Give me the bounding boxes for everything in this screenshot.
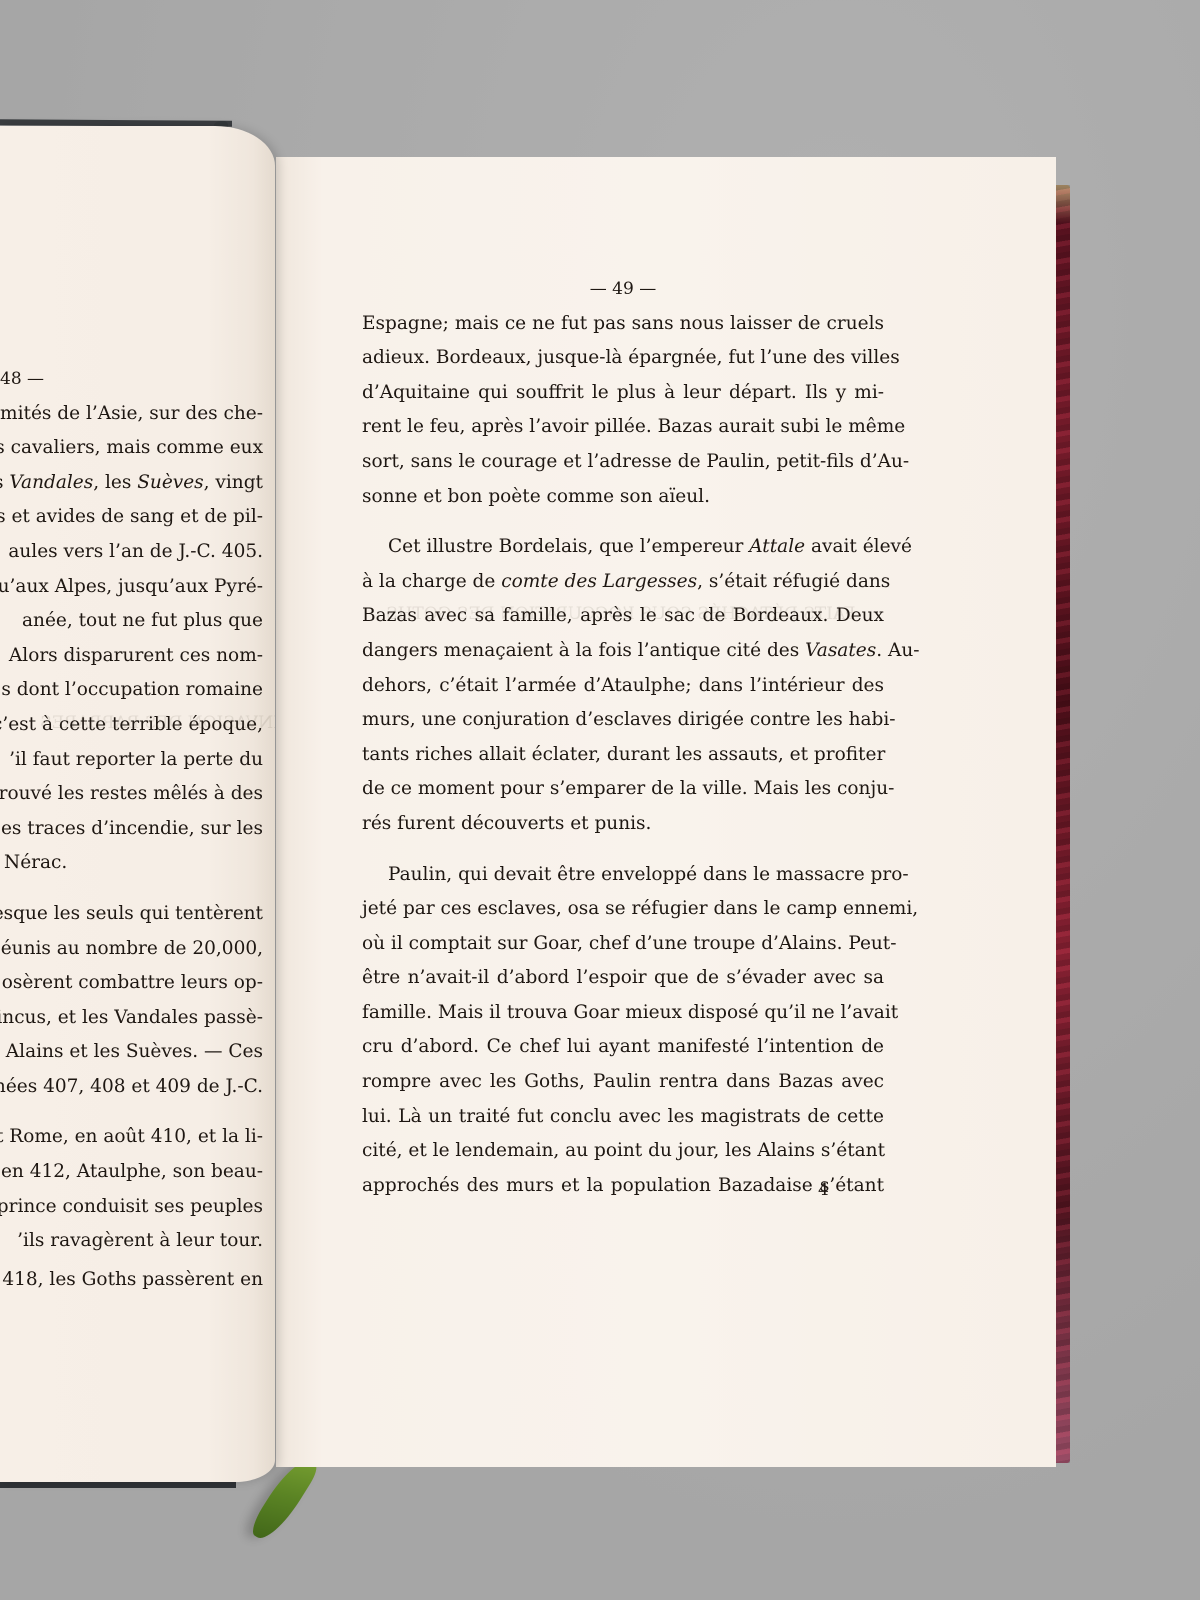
right-page-text: — 49 — Espagne; mais ce ne fut pas sans … bbox=[362, 272, 884, 1203]
text-line: de ce moment pour s’emparer de la ville.… bbox=[362, 772, 884, 807]
text-line: s Vandales, les Suèves, vingt bbox=[0, 466, 263, 501]
text-line: à la charge de comte des Largesses, s’ét… bbox=[362, 565, 884, 600]
text-line: es traces d’incendie, sur les bbox=[0, 812, 263, 847]
text-line: lui. Là un traité fut conclu avec les ma… bbox=[362, 1100, 884, 1135]
text-line: trouvé les restes mêlés à des bbox=[0, 777, 263, 812]
text-line: dangers menaçaient à la fois l’antique c… bbox=[362, 634, 884, 669]
text-line: Nérac. bbox=[0, 846, 263, 881]
text-line: qu’aux Alpes, jusqu’aux Pyré- bbox=[0, 570, 263, 605]
left-page: INVASION DES BARBARES 48 — émités de l’A… bbox=[0, 126, 275, 1482]
text-line: esque les seuls qui tentèrent bbox=[0, 897, 263, 932]
text-line: s et avides de sang et de pil- bbox=[0, 500, 263, 535]
text-line: approchés des murs et la population Baza… bbox=[362, 1169, 884, 1204]
text-line: les Alains et les Suèves. — Ces bbox=[0, 1035, 263, 1070]
text-line: t Rome, en août 410, et la li- bbox=[0, 1120, 263, 1155]
text-line: où il comptait sur Goar, chef d’une trou… bbox=[362, 927, 884, 962]
text-line: aincus, et les Vandales passè- bbox=[0, 1001, 263, 1036]
text-line: sort, sans le courage et l’adresse de Pa… bbox=[362, 445, 884, 480]
text-line: Alors disparurent ces nom- bbox=[0, 639, 263, 674]
text-line: jeté par ces esclaves, osa se réfugier d… bbox=[362, 892, 884, 927]
text-line: murs, une conjuration d’esclaves dirigée… bbox=[362, 703, 884, 738]
text-line: d’Aquitaine qui souffrit le plus à leur … bbox=[362, 376, 884, 411]
text-line: r prince conduisit ses peuples bbox=[0, 1190, 263, 1225]
signature-mark: 4 bbox=[818, 1180, 829, 1200]
text-line: émités de l’Asie, sur des che- bbox=[0, 397, 263, 432]
text-line: anée, tout ne fut plus que bbox=[0, 604, 263, 639]
text-line: cité, et le lendemain, au point du jour,… bbox=[362, 1134, 884, 1169]
text-line: être n’avait-il d’abord l’espoir que de … bbox=[362, 961, 884, 996]
bleed-through-heading: INVASION DES BARBARES bbox=[40, 706, 275, 741]
text-line: Espagne; mais ce ne fut pas sans nous la… bbox=[362, 307, 884, 342]
text-line: cru d’abord. Ce chef lui ayant manifesté… bbox=[362, 1030, 884, 1065]
text-line: dehors, c’était l’armée d’Ataulphe; dans… bbox=[362, 669, 884, 704]
text-line: famille. Mais il trouva Goar mieux dispo… bbox=[362, 996, 884, 1031]
text-line: sonne et bon poète comme son aïeul. bbox=[362, 480, 884, 515]
text-line: s osèrent combattre leurs op- bbox=[0, 966, 263, 1001]
left-page-text: 48 — émités de l’Asie, sur des che- s ca… bbox=[0, 362, 263, 1297]
text-line: aules vers l’an de J.-C. 405. bbox=[0, 535, 263, 570]
text-line: s dont l’occupation romaine bbox=[0, 673, 263, 708]
text-line: ’ils ravagèrent à leur tour. bbox=[0, 1224, 263, 1259]
left-page-number: 48 — bbox=[0, 362, 263, 397]
text-line: Bazas avec sa famille, après le sac de B… bbox=[362, 599, 884, 634]
text-line: ’il faut reporter la perte du bbox=[0, 743, 263, 778]
right-page-number: — 49 — bbox=[362, 272, 884, 307]
text-line: années 407, 408 et 409 de J.-C. bbox=[0, 1070, 263, 1105]
text-line: rés furent découverts et punis. bbox=[362, 807, 884, 842]
text-line: s cavaliers, mais comme eux bbox=[0, 431, 263, 466]
text-line: 418, les Goths passèrent en bbox=[0, 1263, 263, 1298]
text-line: Paulin, qui devait être enveloppé dans l… bbox=[362, 858, 884, 893]
text-line: rent le feu, après l’avoir pillée. Bazas… bbox=[362, 410, 884, 445]
text-line: en 412, Ataulphe, son beau- bbox=[0, 1155, 263, 1190]
text-line: Cet illustre Bordelais, que l’empereur A… bbox=[362, 530, 884, 565]
text-line: adieux. Bordeaux, jusque-là épargnée, fu… bbox=[362, 341, 884, 376]
text-line: rompre avec les Goths, Paulin rentra dan… bbox=[362, 1065, 884, 1100]
text-line: tants riches allait éclater, durant les … bbox=[362, 738, 884, 773]
text-line: éunis au nombre de 20,000, bbox=[0, 932, 263, 967]
